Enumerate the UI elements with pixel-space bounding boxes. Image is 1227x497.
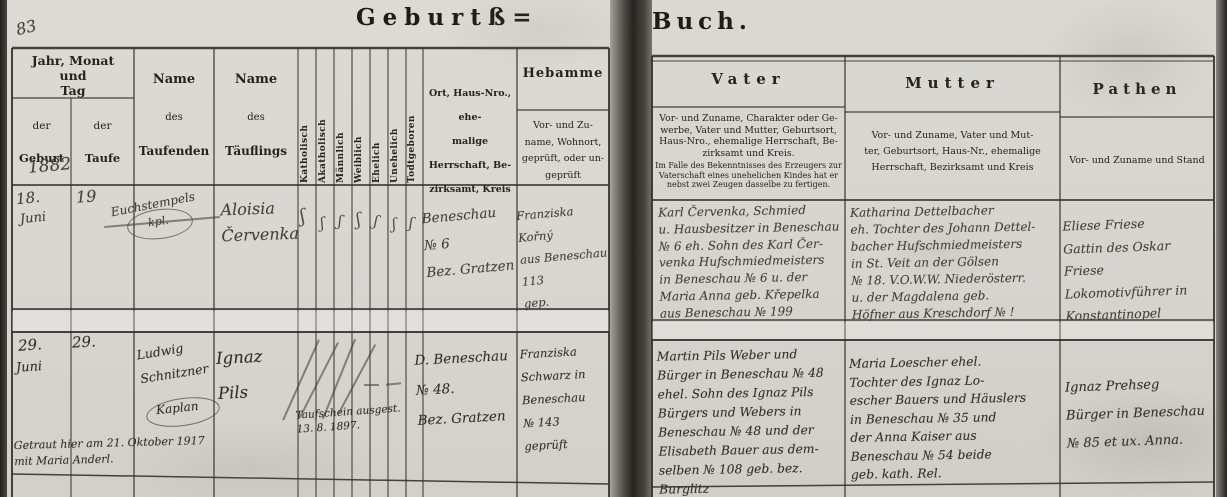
register-title-left: Geburtß= (356, 4, 576, 31)
col-subheader-midwife: Vor- und Zu- name, Wohnort, geprüft, ode… (517, 118, 609, 184)
entry1-birth-month: Juni (19, 210, 47, 228)
register-title-right: Buch. (652, 8, 822, 35)
col-subheader-baptism: Taufe (71, 151, 134, 165)
dash-mark (364, 384, 379, 386)
entry1-baptism-day: 19 (75, 186, 97, 206)
entry2-child-name: Ignaz Pils (215, 337, 297, 411)
col-header-child-des: des (214, 112, 298, 123)
entry2-birth-month: Juni (16, 359, 43, 376)
col-header-baptizer-name: Name (134, 72, 214, 87)
tick-header-katholisch: Katholisch (300, 100, 310, 183)
entry1-midwife: Franziska Kořný aus Beneschau 113 gep. (515, 197, 614, 314)
col-header-child-name: Name (214, 72, 298, 87)
entry2-godparents: Ignaz Prehseg Bürger in Beneschau № 85 e… (1065, 369, 1218, 458)
tick-header-ehelich: Ehelich (372, 100, 382, 183)
entry2-baptism-day: 29. (72, 332, 97, 351)
entry1-father: Karl Červenka, Schmied u. Hausbesitzer i… (658, 201, 845, 322)
entry1-place: Beneschau № 6 Bez. Gratzen (421, 198, 524, 287)
col-header-baptizer-des: des (134, 112, 214, 123)
tick-header-weiblich: Weiblich (354, 100, 364, 183)
col-header-midwife: Hebamme (517, 66, 609, 81)
col-subheader-father: Vor- und Zuname, Charakter oder Ge- werb… (652, 113, 845, 159)
entry2-marriage-note: Getraut hier am 21. Oktober 1917 mit Mar… (14, 432, 250, 470)
entry1-godparents: Eliese Friese Gattin des Oskar Friese Lo… (1062, 210, 1216, 328)
tick-header-unehelich: Unehelich (390, 100, 400, 183)
tick-header-todtgeboren: Todtgeboren (407, 100, 417, 183)
col-subheader-godparents: Vor- und Zuname und Stand (1060, 155, 1214, 166)
col-header-date: Jahr, Monat und Tag (12, 53, 134, 98)
scan-seam-left (12, 311, 609, 331)
col-subheader-mother: Vor- und Zuname, Vater und Mut- ter, Geb… (845, 128, 1060, 176)
entry2-place: D. Beneschau № 48. Bez. Gratzen (414, 340, 529, 436)
entry1-child-name: Aloisia Červenka (220, 195, 302, 250)
col-note-father: Im Falle des Bekenntnisses des Erzeugers… (652, 161, 845, 190)
entry2-mother: Maria Loescher ehel. Tochter des Ignaz L… (849, 351, 1061, 484)
year-handwritten: 1882 (27, 154, 72, 178)
entry2-father: Martin Pils Weber und Bürger in Benescha… (657, 344, 852, 497)
col-header-father: Vater (652, 70, 845, 88)
col-subheader-baptism-der: der (71, 120, 134, 132)
tick-header-maennlich: Männlich (336, 100, 346, 183)
scanned-birth-register: 83 Geburtß= Buch. Jahr, Monat und Tag de… (0, 0, 1227, 497)
tick-header-akatholisch: Akatholisch (318, 100, 328, 183)
col-header-baptizer: Taufenden (134, 144, 214, 158)
col-header-godparents: Pathen (1060, 80, 1214, 98)
entry2-midwife: Franziska Schwarz in Beneschau № 143 gep… (519, 339, 615, 459)
col-header-mother: Mutter (845, 74, 1060, 92)
entry2-birth-day: 29. (17, 335, 42, 355)
col-header-child: Täuflings (214, 144, 298, 158)
col-header-place: Ort, Haus-Nro., ehe- malige Herrschaft, … (423, 82, 517, 202)
col-subheader-birth-der: der (12, 120, 71, 132)
entry1-mother: Katharina Dettelbacher eh. Tochter des J… (850, 201, 1059, 324)
entry1-birth-day: 18. (15, 188, 41, 208)
